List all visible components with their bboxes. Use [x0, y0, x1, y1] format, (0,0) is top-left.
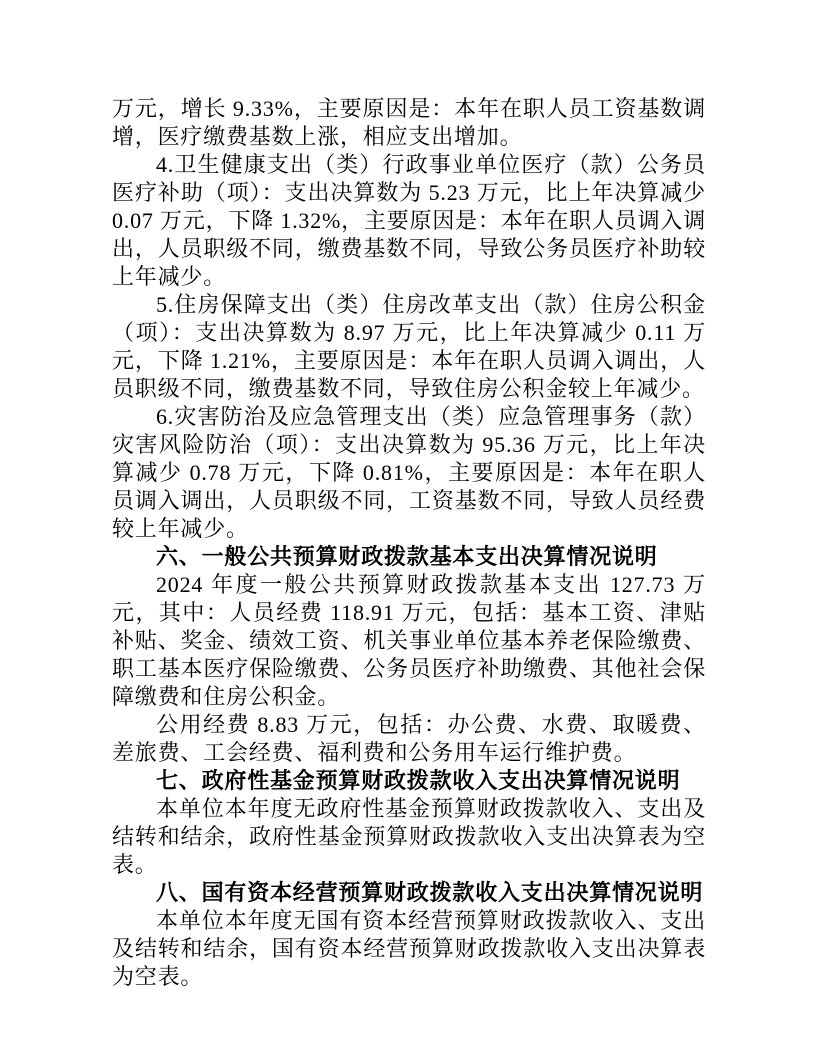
- paragraph-public-funds: 公用经费 8.83 万元，包括：办公费、水费、取暖费、差旅费、工会经费、福利费和…: [112, 711, 706, 767]
- section-heading-7-government-fund-budget: 七、政府性基金预算财政拨款收入支出决算情况说明: [112, 767, 706, 795]
- paragraph-item-5-housing-expenditure: 5.住房保障支出（类）住房改革支出（款）住房公积金（项）：支出决算数为 8.97…: [112, 291, 706, 403]
- section-heading-8-state-capital-budget: 八、国有资本经营预算财政拨款收入支出决算情况说明: [112, 879, 706, 907]
- paragraph-item-4-health-expenditure: 4.卫生健康支出（类）行政事业单位医疗（款）公务员医疗补助（项）：支出决算数为 …: [112, 151, 706, 291]
- paragraph-government-fund-statement: 本单位本年度无政府性基金预算财政拨款收入、支出及结转和结余，政府性基金预算财政拨…: [112, 795, 706, 879]
- document-page: 万元，增长 9.33%，主要原因是：本年在职人员工资基数调增，医疗缴费基数上涨，…: [0, 0, 816, 1056]
- paragraph-item-6-disaster-expenditure: 6.灾害防治及应急管理支出（类）应急管理事务（款）灾害风险防治（项）：支出决算数…: [112, 403, 706, 543]
- paragraph-state-capital-statement: 本单位本年度无国有资本经营预算财政拨款收入、支出及结转和结余，国有资本经营预算财…: [112, 907, 706, 991]
- paragraph-basic-expenditure-personnel: 2024 年度一般公共预算财政拨款基本支出 127.73 万元，其中：人员经费 …: [112, 571, 706, 711]
- section-heading-6-basic-expenditure: 六、一般公共预算财政拨款基本支出决算情况说明: [112, 543, 706, 571]
- document-body: 万元，增长 9.33%，主要原因是：本年在职人员工资基数调增，医疗缴费基数上涨，…: [112, 95, 706, 991]
- paragraph-continuation: 万元，增长 9.33%，主要原因是：本年在职人员工资基数调增，医疗缴费基数上涨，…: [112, 95, 706, 151]
